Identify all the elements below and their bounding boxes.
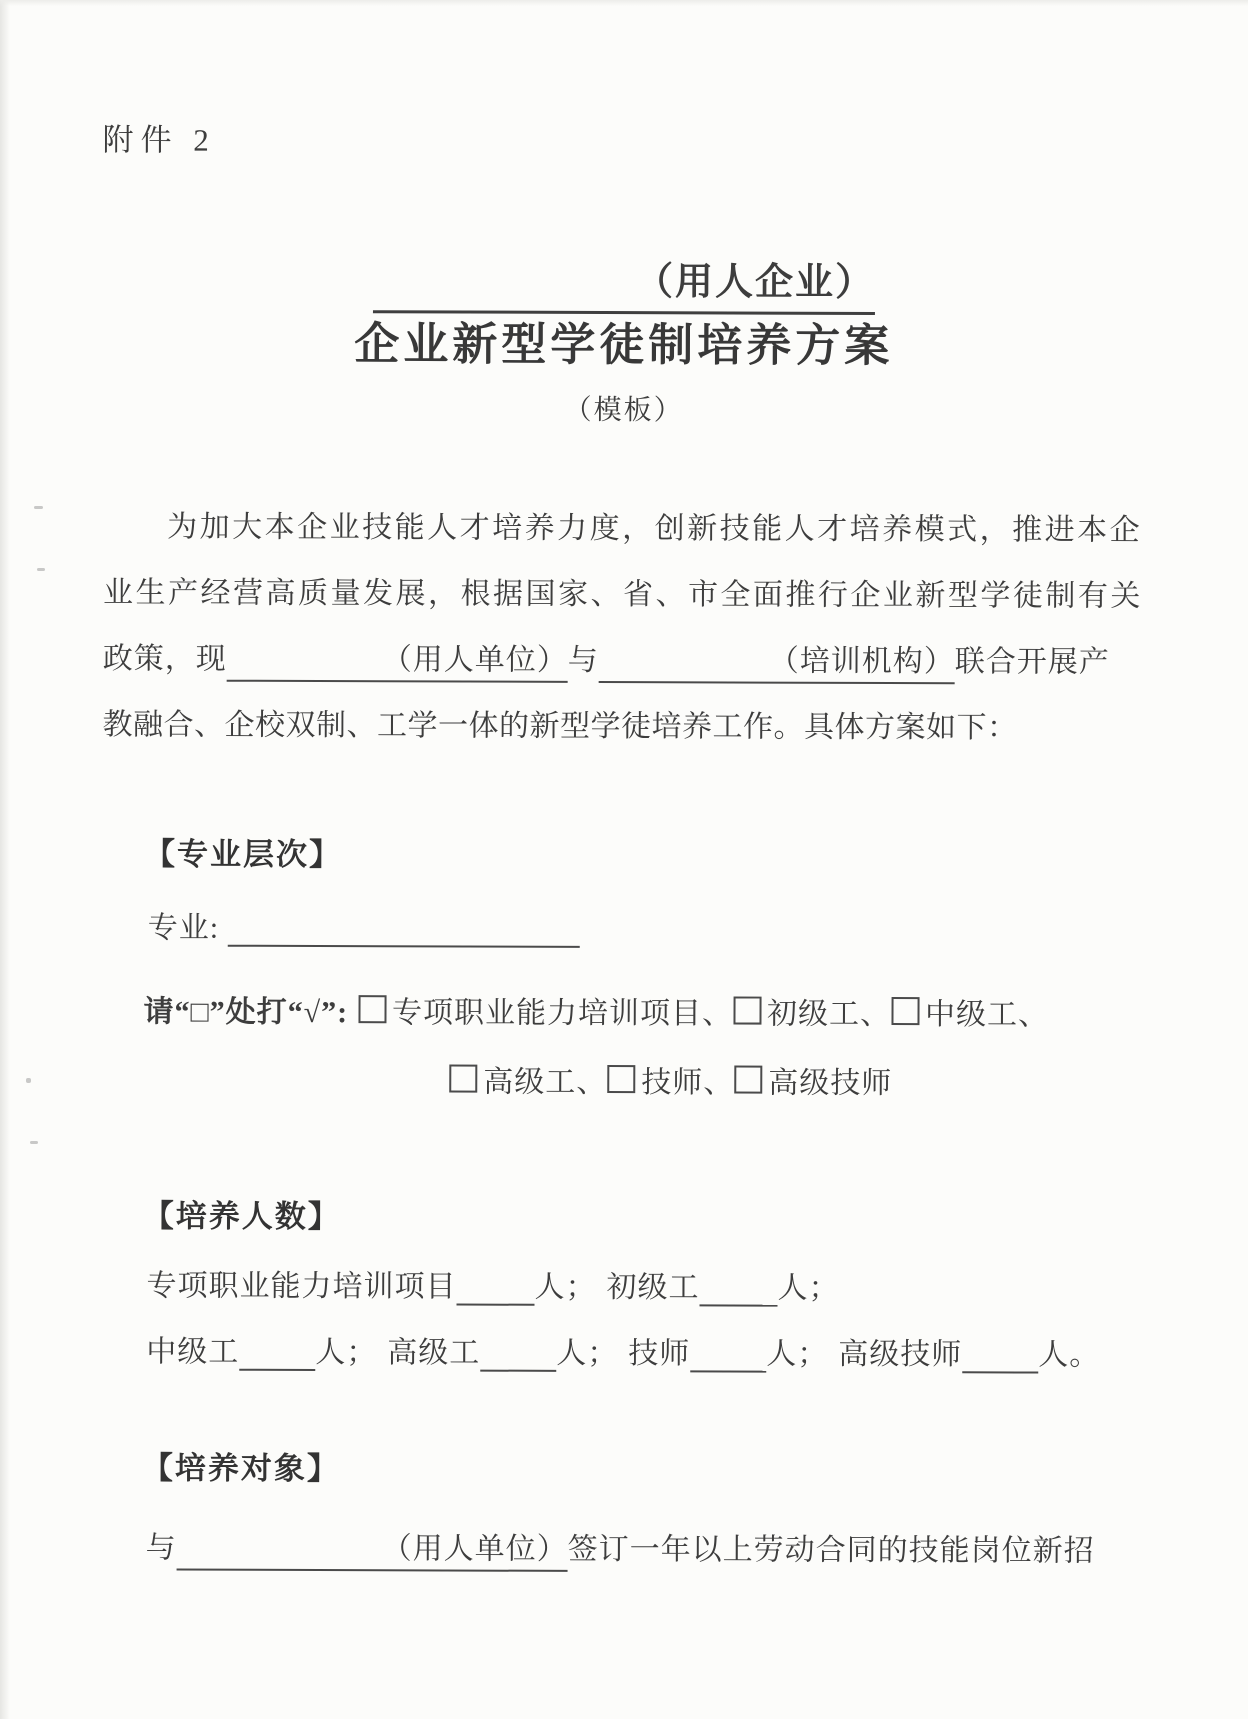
employer-label: （用人单位）: [382, 643, 568, 677]
count-fill-blank: [690, 1339, 766, 1373]
count-fill-blank: [456, 1272, 534, 1306]
intro-line-2: 业生产经营高质量发展，根据国家、省、市全面推行企业新型学徒制有关: [103, 560, 1163, 630]
level-option-label: 技师、: [641, 1066, 734, 1099]
target-employer-underlined-field: （用人单位）: [177, 1531, 568, 1572]
count-unit: 人；: [777, 1272, 839, 1305]
count-unit: 人。: [1038, 1339, 1100, 1372]
major-line: 专业:: [148, 902, 580, 948]
count-unit: 人；: [534, 1271, 596, 1304]
employer-underlined-field: （用人单位）: [227, 642, 568, 683]
target-line: 与（用人单位）签订一年以上劳动合同的技能岗位新招: [146, 1522, 1095, 1573]
section-header-target: 【培养对象】: [142, 1442, 340, 1488]
section-header-level: 【专业层次】: [144, 828, 342, 874]
major-label: 专业:: [148, 911, 219, 944]
title-org-line: （用人企业）: [104, 248, 1144, 316]
intro-line-4: 教融合、企校双制、工学一体的新型学徒培养工作。具体方案如下：: [102, 692, 1162, 762]
checkbox-icon: [734, 1065, 762, 1093]
count-label: 初级工: [606, 1271, 699, 1304]
count-unit: 人；: [766, 1338, 828, 1371]
level-option-label: 高级技师: [768, 1067, 892, 1100]
counts-line-2: 中级工人；高级工人；技师人；高级技师人。: [146, 1326, 1100, 1373]
level-option-label: 初级工、: [767, 998, 891, 1031]
target-employer-fill-blank: [177, 1554, 382, 1559]
attachment-label: 附件 2: [102, 114, 215, 159]
training-org-underlined-field: （培训机构）: [599, 643, 955, 684]
level-option-label: 专项职业能力培训项目、: [392, 996, 733, 1030]
intro-line-1: 为加大本企业技能人才培养力度，创新技能人才培养模式，推进本企: [103, 494, 1163, 564]
count-unit: 人；: [556, 1337, 618, 1370]
target-text: 签订一年以上劳动合同的技能岗位新招: [568, 1533, 1095, 1568]
intro-line3-post: 联合开展产: [955, 645, 1110, 679]
document-subtitle: （模板）: [104, 386, 1144, 430]
count-label: 高级工: [387, 1336, 480, 1369]
count-label: 高级技师: [838, 1338, 962, 1371]
target-employer-label: （用人单位）: [382, 1532, 568, 1566]
training-org-fill-blank: [599, 666, 769, 671]
target-prefix: 与: [146, 1531, 177, 1564]
title-org-underlined-field: （用人企业）: [373, 249, 875, 315]
count-label: 专项职业能力培训项目: [146, 1269, 456, 1303]
checkbox-icon: [891, 997, 919, 1025]
count-fill-blank: [962, 1340, 1038, 1374]
intro-line3-pre: 政策，现: [103, 642, 227, 675]
level-options-line-2: 高级工、技师、高级技师: [449, 1056, 892, 1102]
intro-line-3: 政策，现（用人单位）与（培训机构）联合开展产: [103, 626, 1163, 696]
checkbox-prompt: 请“□”处打“√”:: [143, 995, 348, 1029]
count-fill-blank: [480, 1338, 556, 1372]
checkbox-icon: [358, 995, 386, 1023]
count-label: 技师: [628, 1337, 690, 1370]
level-option-label: 高级工、: [483, 1066, 607, 1099]
count-fill-blank: [239, 1337, 315, 1371]
count-unit: 人；: [315, 1336, 377, 1369]
title-org-label: （用人企业）: [635, 261, 875, 304]
training-org-label: （培训机构）: [769, 645, 955, 679]
scanned-document-page: 附件 2 （用人企业） 企业新型学徒制培养方案 （模板） 为加大本企业技能人才培…: [0, 0, 1248, 1719]
count-label: 中级工: [146, 1335, 239, 1368]
major-fill-blank: [228, 913, 580, 948]
intro-line3-conj: 与: [568, 644, 599, 677]
checkbox-icon: [449, 1064, 477, 1092]
level-option-label: 中级工、: [925, 998, 1049, 1031]
title-org-fill-blank: [373, 283, 635, 294]
level-options-line-1: 请“□”处打“√”:专项职业能力培训项目、初级工、中级工、: [143, 986, 1049, 1033]
document-title: 企业新型学徒制培养方案: [104, 306, 1144, 375]
employer-fill-blank: [227, 665, 382, 670]
count-fill-blank: [699, 1273, 777, 1307]
checkbox-icon: [607, 1065, 635, 1093]
section-header-count: 【培养人数】: [143, 1190, 341, 1236]
checkbox-icon: [733, 996, 761, 1024]
counts-line-1: 专项职业能力培训项目人；初级工人；: [146, 1260, 839, 1306]
